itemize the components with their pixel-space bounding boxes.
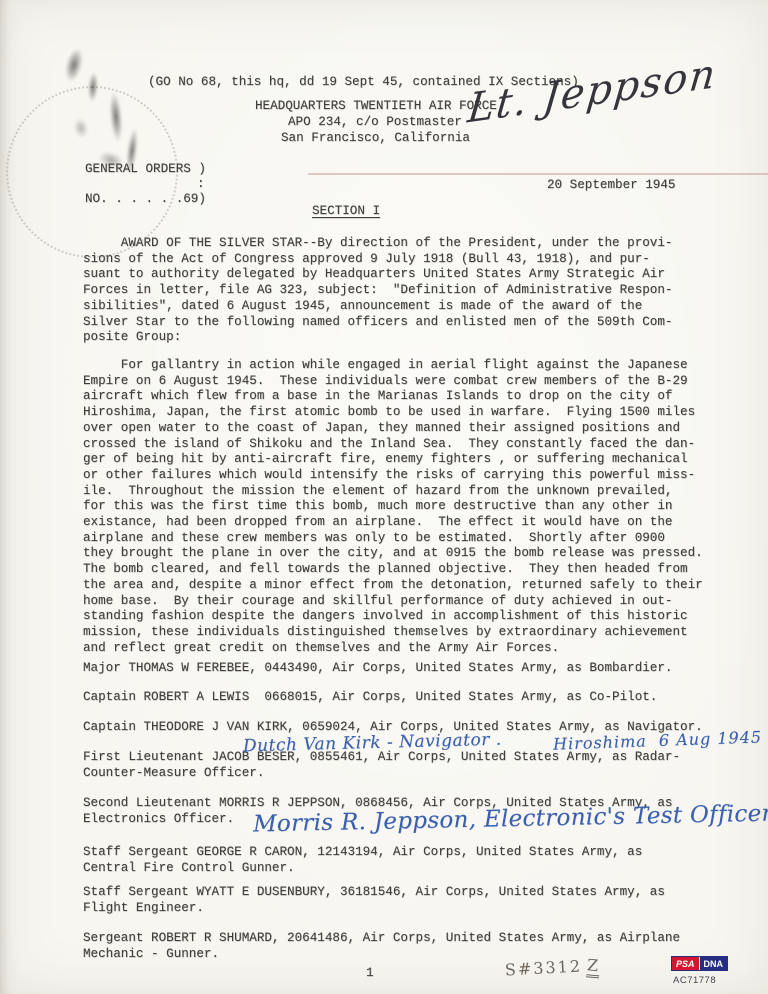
jeppson-top-signature: Lt. Jeppson xyxy=(466,50,720,132)
dna-logo: DNA xyxy=(700,957,728,970)
document-date: 20 September 1945 xyxy=(547,178,675,194)
divider-line xyxy=(308,173,768,175)
letterhead-line-city: San Francisco, California xyxy=(281,131,470,147)
letterhead-line-hq: HEADQUARTERS TWENTIETH AIR FORCE xyxy=(255,99,497,115)
orders-colon: : xyxy=(197,177,205,193)
ink-smudge xyxy=(87,72,99,103)
serial-mark: Z xyxy=(586,955,601,978)
roster-entry-ferebee: Major THOMAS W FEREBEE, 0443490, Air Cor… xyxy=(83,661,672,677)
psa-cert-number: AC71778 xyxy=(673,975,716,986)
award-paragraph: AWARD OF THE SILVER STAR--By direction o… xyxy=(83,236,672,346)
page-number: 1 xyxy=(366,966,374,982)
roster-entry-dusenbury: Staff Sergeant WYATT E DUSENBURY, 361815… xyxy=(83,885,665,916)
ink-smudge xyxy=(62,47,86,84)
psa-logo: PSA xyxy=(672,957,700,970)
serial-text: S#3312 xyxy=(504,956,582,979)
psa-dna-authentication-stamp: PSA DNA xyxy=(671,956,728,971)
citation-paragraph: For gallantry in action while engaged in… xyxy=(83,358,703,656)
orders-number: NO. . . . . .69) xyxy=(85,192,206,208)
roster-entry-lewis: Captain ROBERT A LEWIS 0668015, Air Corp… xyxy=(83,690,657,706)
roster-entry-beser: First Lieutenant JACOB BESER, 0855461, A… xyxy=(83,750,680,781)
letterhead-line-apo: APO 234, c/o Postmaster xyxy=(288,115,462,131)
section-heading: SECTION I xyxy=(312,204,380,220)
general-orders-label: GENERAL ORDERS ) xyxy=(85,162,206,178)
scanned-document-page: (GO No 68, this hq, dd 19 Sept 45, conta… xyxy=(0,0,768,994)
roster-entry-caron: Staff Sergeant GEORGE R CARON, 12143194,… xyxy=(83,845,642,876)
serial-annotation: S#3312Z xyxy=(504,956,600,983)
